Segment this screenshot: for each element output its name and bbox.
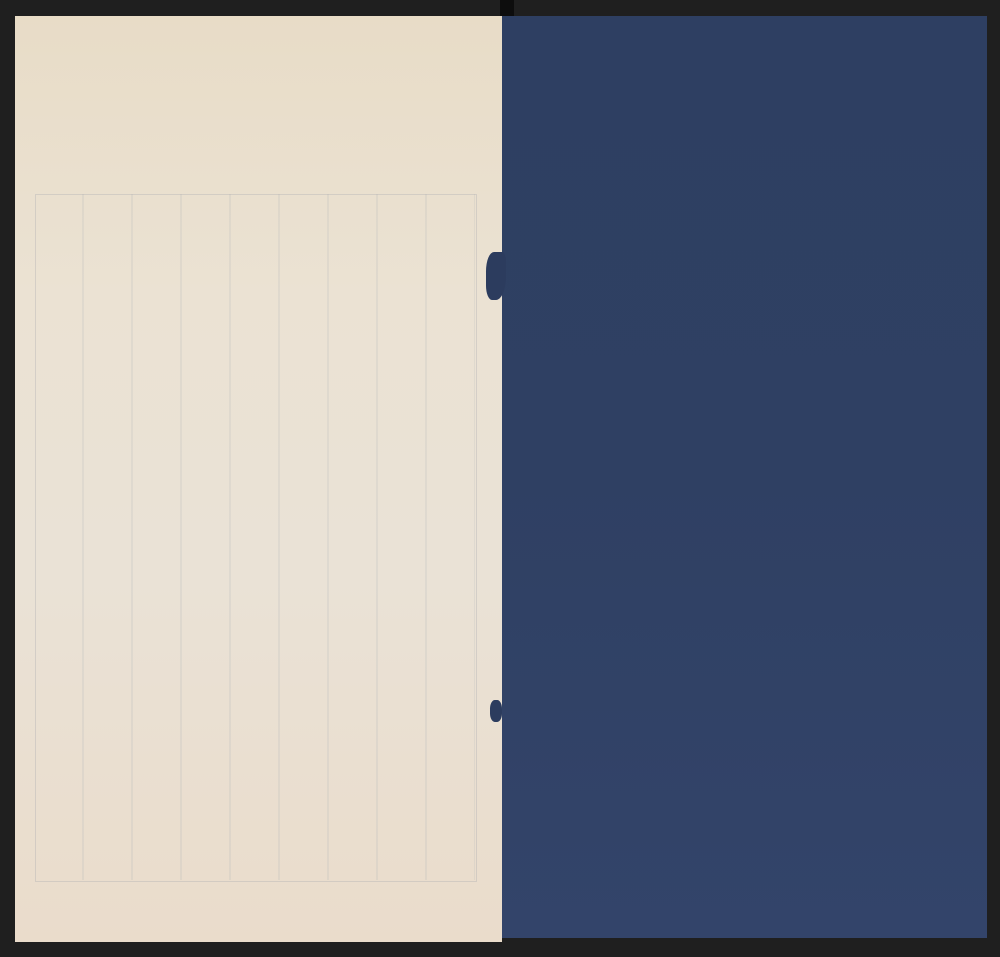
bleed-through-text-frame xyxy=(35,194,477,882)
spine-gap xyxy=(500,0,514,16)
cover-edge-tear xyxy=(486,252,506,300)
cover-edge-tear xyxy=(490,700,502,722)
right-page-blue-cover xyxy=(502,16,987,938)
left-page xyxy=(15,16,502,942)
